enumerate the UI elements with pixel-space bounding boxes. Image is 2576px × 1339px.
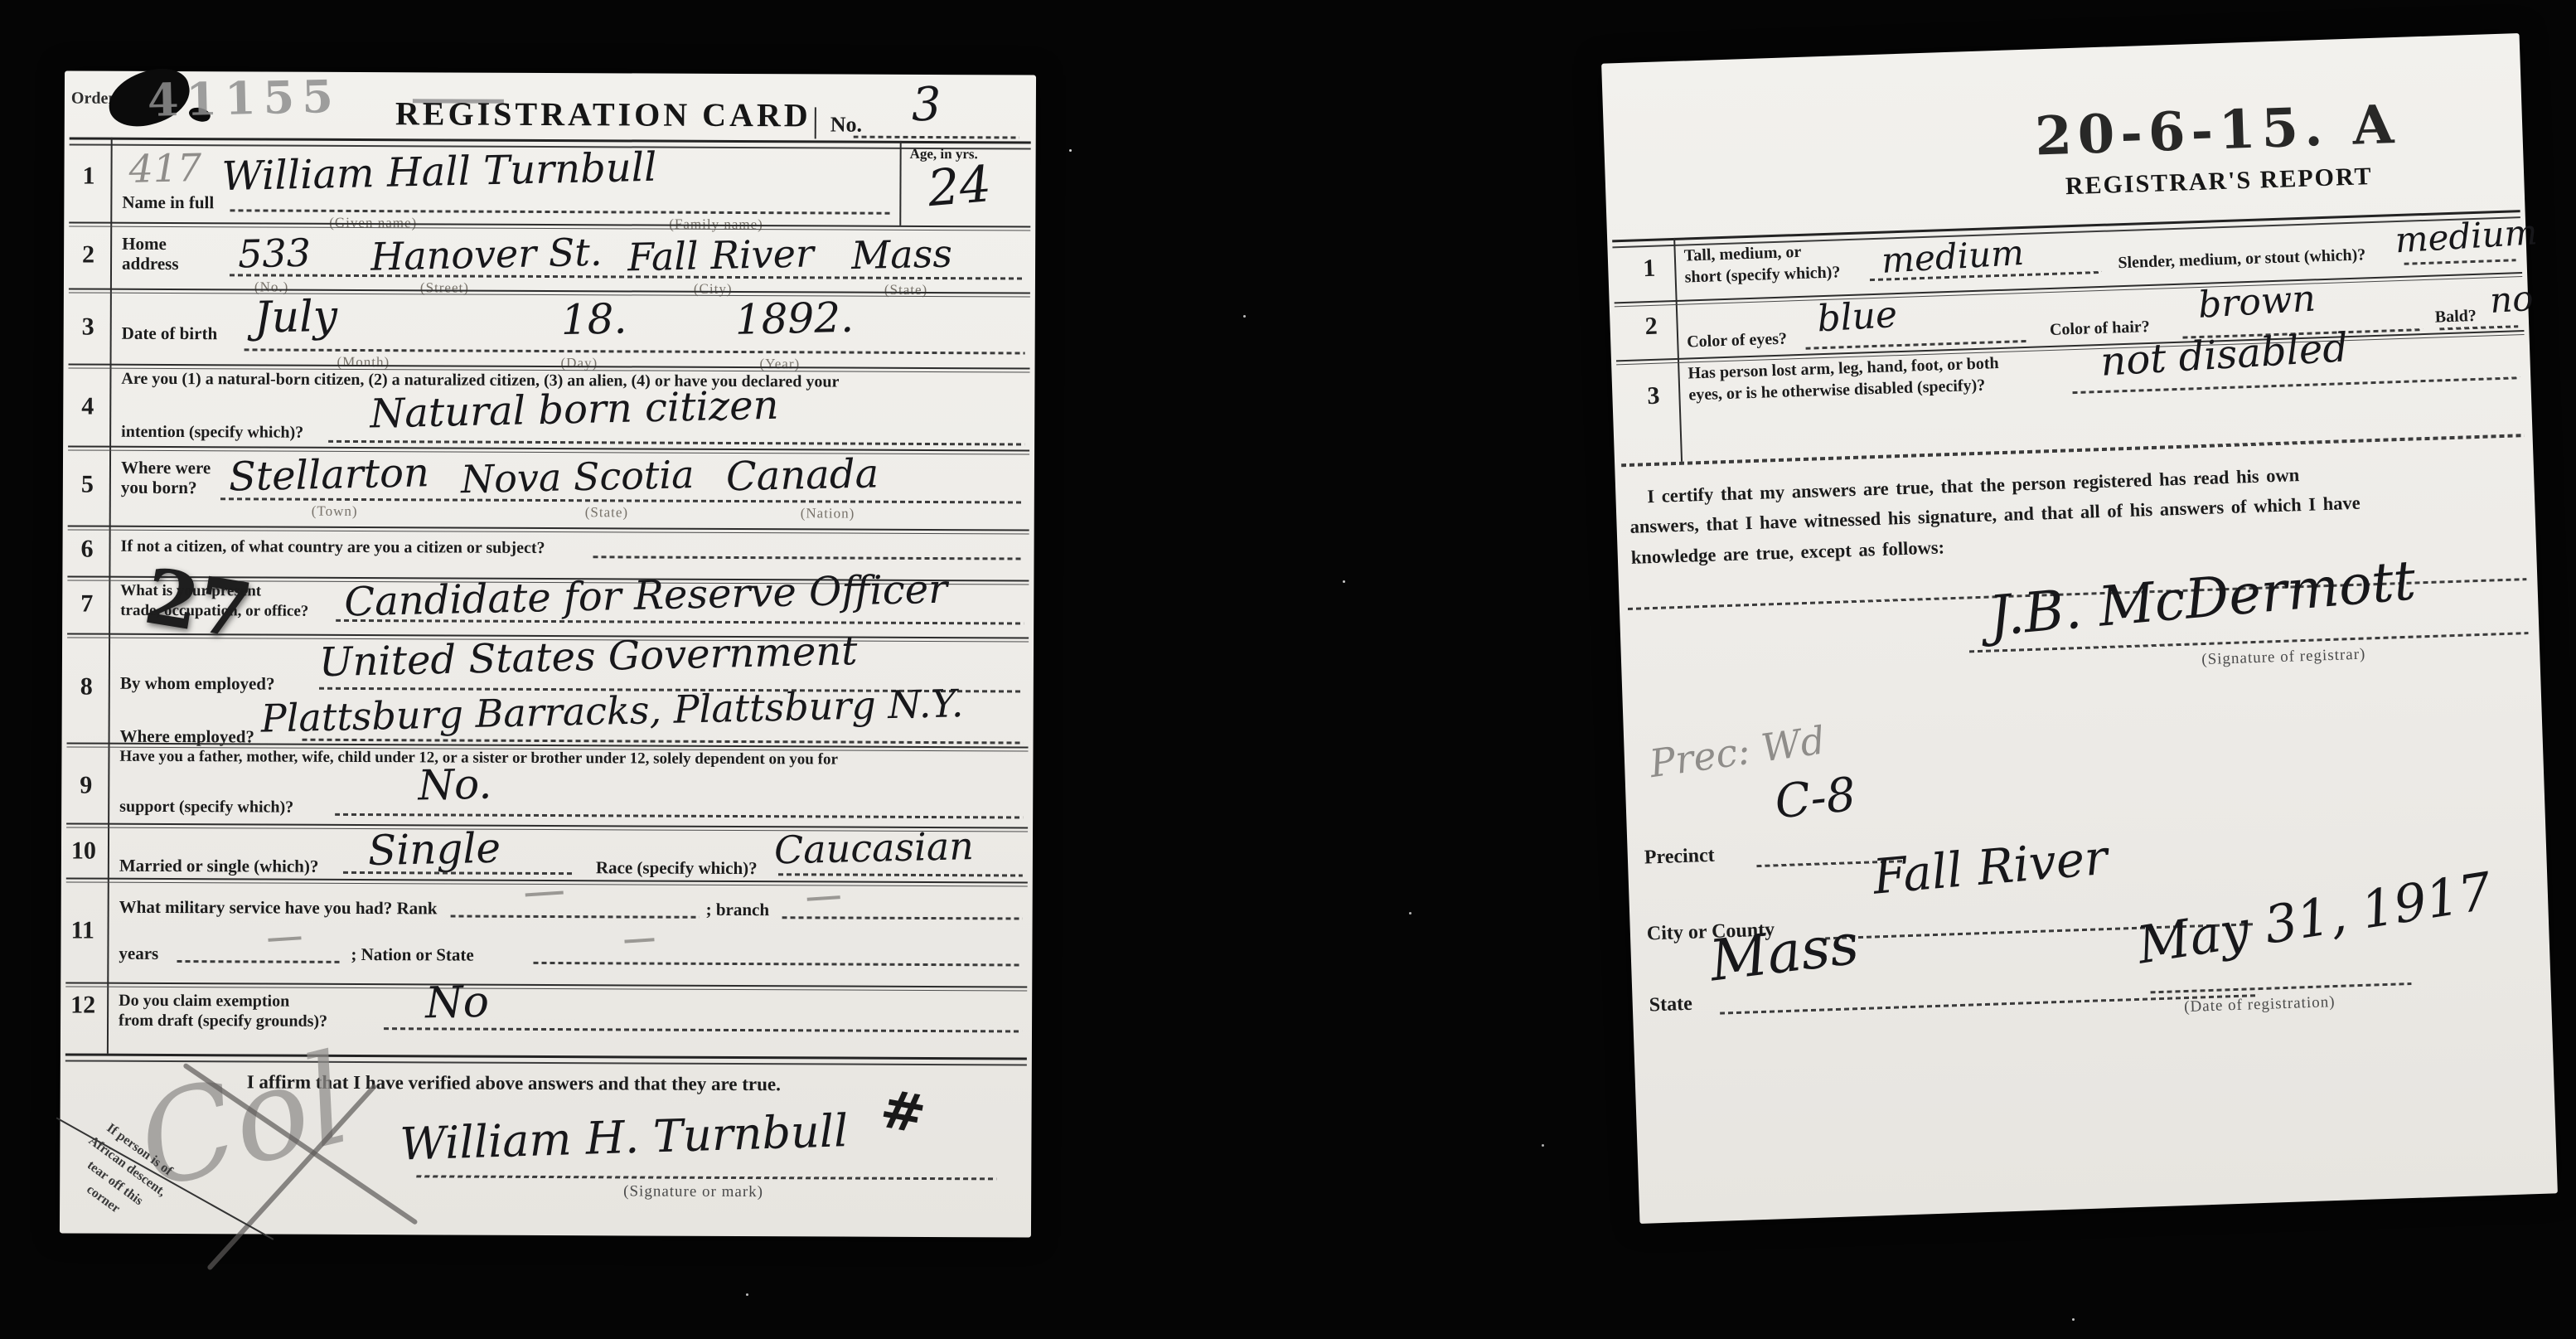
married-label: Married or single (which)?: [119, 856, 319, 877]
row-number-2: 2: [82, 241, 94, 269]
name-leader: [230, 209, 893, 214]
home-label-1: Home: [122, 234, 167, 255]
serial-number-stamp: 41155: [147, 70, 341, 127]
town-sublabel: (Town): [312, 503, 358, 520]
report-header-rule: [1612, 210, 2520, 248]
report-number-column-line: [1673, 238, 1683, 462]
signature-caption: (Signature or mark): [623, 1182, 763, 1201]
registrars-report-card: 20-6-15. A REGISTRAR'S REPORT 1 2 3 Tall…: [1601, 33, 2558, 1224]
row-number-7: 7: [80, 590, 93, 619]
born-label-1: Where were: [121, 458, 211, 478]
rule-5: [68, 525, 1029, 534]
row-number-9: 9: [80, 772, 92, 800]
row-number-1: 1: [82, 163, 94, 191]
rule-10: [66, 877, 1028, 886]
rule-11: [65, 982, 1027, 991]
trade-label-1: What is your present: [120, 582, 261, 601]
branch-leader: [782, 916, 1023, 919]
citizen-value: Natural born citizen: [370, 382, 779, 438]
scanned-draft-card-photo: Order No 41155 REGISTRATION CARD No. 3 1…: [0, 0, 2576, 1339]
subject-leader: [593, 555, 1024, 560]
number-column-line: [107, 138, 113, 1054]
state2-sublabel: (State): [585, 504, 628, 521]
nation-leader: [533, 962, 1022, 967]
home-label-2: address: [122, 254, 179, 274]
build-label: Slender, medium, or stout (which)?: [2118, 245, 2366, 273]
state-label: State: [1649, 993, 1692, 1017]
nation-sublabel: (Nation): [801, 505, 855, 522]
eyes-label: Color of eyes?: [1687, 330, 1787, 352]
pencil-serial: 417: [128, 145, 202, 192]
rule-4: [68, 445, 1029, 454]
rank-leader: [451, 914, 700, 918]
registration-card: Order No 41155 REGISTRATION CARD No. 3 1…: [60, 70, 1036, 1237]
signature-leader: [416, 1175, 996, 1180]
registrar-signature: J.B. McDermott: [1987, 548, 2419, 648]
report-row-number-2: 2: [1644, 313, 1658, 341]
build-leader: [2404, 259, 2516, 264]
birth-month: July: [254, 292, 338, 343]
race-label: Race (specify which)?: [596, 857, 758, 879]
exemption-value: No: [425, 978, 490, 1029]
registration-date-caption: (Date of registration): [2184, 993, 2336, 1016]
birth-day: 18.: [560, 294, 627, 344]
citizen-question-line2: intention (specify which)?: [121, 423, 303, 443]
born-town: Stellarton: [228, 449, 429, 500]
subject-question: If not a citizen, of what country are yo…: [121, 537, 545, 558]
hash-mark: #: [875, 1078, 930, 1147]
eyes-value: blue: [1816, 294, 1898, 341]
citizen-leader: [328, 440, 1024, 446]
branch-label: ; branch: [706, 900, 770, 920]
report-title: REGISTRAR'S REPORT: [2003, 161, 2435, 203]
height-label-1: Tall, medium, or: [1683, 243, 1801, 266]
dependent-leader: [335, 813, 1023, 819]
employer-label: By whom employed?: [120, 673, 275, 695]
name-label: Name in full: [122, 192, 214, 213]
exemption-label-1: Do you claim exemption: [119, 992, 289, 1012]
state-leader: [1720, 994, 2259, 1015]
row-number-3: 3: [82, 313, 94, 342]
military-question: What military service have you had? Rank: [119, 897, 438, 919]
row-number-8: 8: [80, 673, 93, 701]
address-city: Fall River: [627, 230, 815, 279]
born-label-2: you born?: [121, 478, 197, 498]
exemption-leader: [384, 1027, 1022, 1032]
exemption-label-2: from draft (specify grounds)?: [119, 1012, 327, 1031]
row-number-11: 11: [70, 916, 94, 944]
registrant-signature: William H. Turnbull: [399, 1104, 850, 1170]
form-number-stamp: 20-6-15. A: [1976, 92, 2458, 170]
card-title: REGISTRATION CARD: [388, 94, 819, 134]
no-value: 3: [911, 78, 942, 133]
pencil-dash-2: [807, 895, 840, 901]
report-row-number-1: 1: [1643, 255, 1656, 283]
height-label-2: short (specify which)?: [1684, 263, 1840, 287]
years-leader: [177, 960, 342, 963]
race-value: Caucasian: [773, 823, 974, 872]
row-number-4: 4: [81, 393, 94, 421]
nation-or-state-label: ; Nation or State: [351, 944, 473, 966]
no-leader: [854, 136, 1019, 139]
address-state: Mass: [851, 231, 953, 279]
precinct-label: Precinct: [1644, 845, 1715, 870]
race-leader: [778, 873, 1023, 876]
header-divider: [815, 107, 816, 138]
row-number-5: 5: [81, 471, 94, 499]
years-label: years: [119, 944, 158, 964]
city-value: Fall River: [1871, 829, 2109, 905]
dependent-value: No.: [418, 760, 492, 810]
born-nation: Canada: [725, 450, 879, 500]
age-box-divider: [899, 141, 901, 226]
precinct-value: C-8: [1773, 768, 1859, 830]
bald-value: no: [2489, 278, 2535, 321]
pencil-dash-1: [525, 890, 564, 896]
rule-1: [69, 221, 1030, 230]
trade-value: Candidate for Reserve Officer: [344, 566, 948, 626]
pencil-dash-3: [268, 936, 301, 942]
registration-date-value: May 31, 1917: [2133, 861, 2496, 976]
address-no: 533: [238, 230, 312, 277]
married-value: Single: [367, 824, 501, 875]
report-row-number-3: 3: [1647, 382, 1660, 410]
build-value: medium: [2394, 211, 2538, 260]
registration-date-leader: [2151, 982, 2412, 993]
registrar-signature-caption: (Signature of registrar): [2201, 646, 2366, 670]
name-value: William Hall Turnbull: [221, 144, 657, 200]
no-label: No.: [830, 112, 862, 137]
pencil-dash-4: [624, 938, 654, 943]
born-state: Nova Scotia: [460, 452, 695, 502]
row-number-6: 6: [80, 536, 93, 564]
bald-label: Bald?: [2434, 307, 2477, 327]
dependent-question-line2: support (specify which)?: [119, 798, 293, 817]
trade-label-2: trade, occupation, or office?: [120, 602, 308, 621]
age-value: 24: [926, 155, 994, 218]
birth-year: 1892.: [734, 294, 854, 344]
row-number-12: 12: [70, 991, 95, 1019]
trade-leader: [336, 619, 1024, 625]
row-number-10: 10: [71, 837, 96, 865]
hair-value: brown: [2197, 278, 2317, 327]
address-street: Hanover St.: [370, 230, 603, 279]
birth-label: Date of birth: [122, 323, 218, 345]
